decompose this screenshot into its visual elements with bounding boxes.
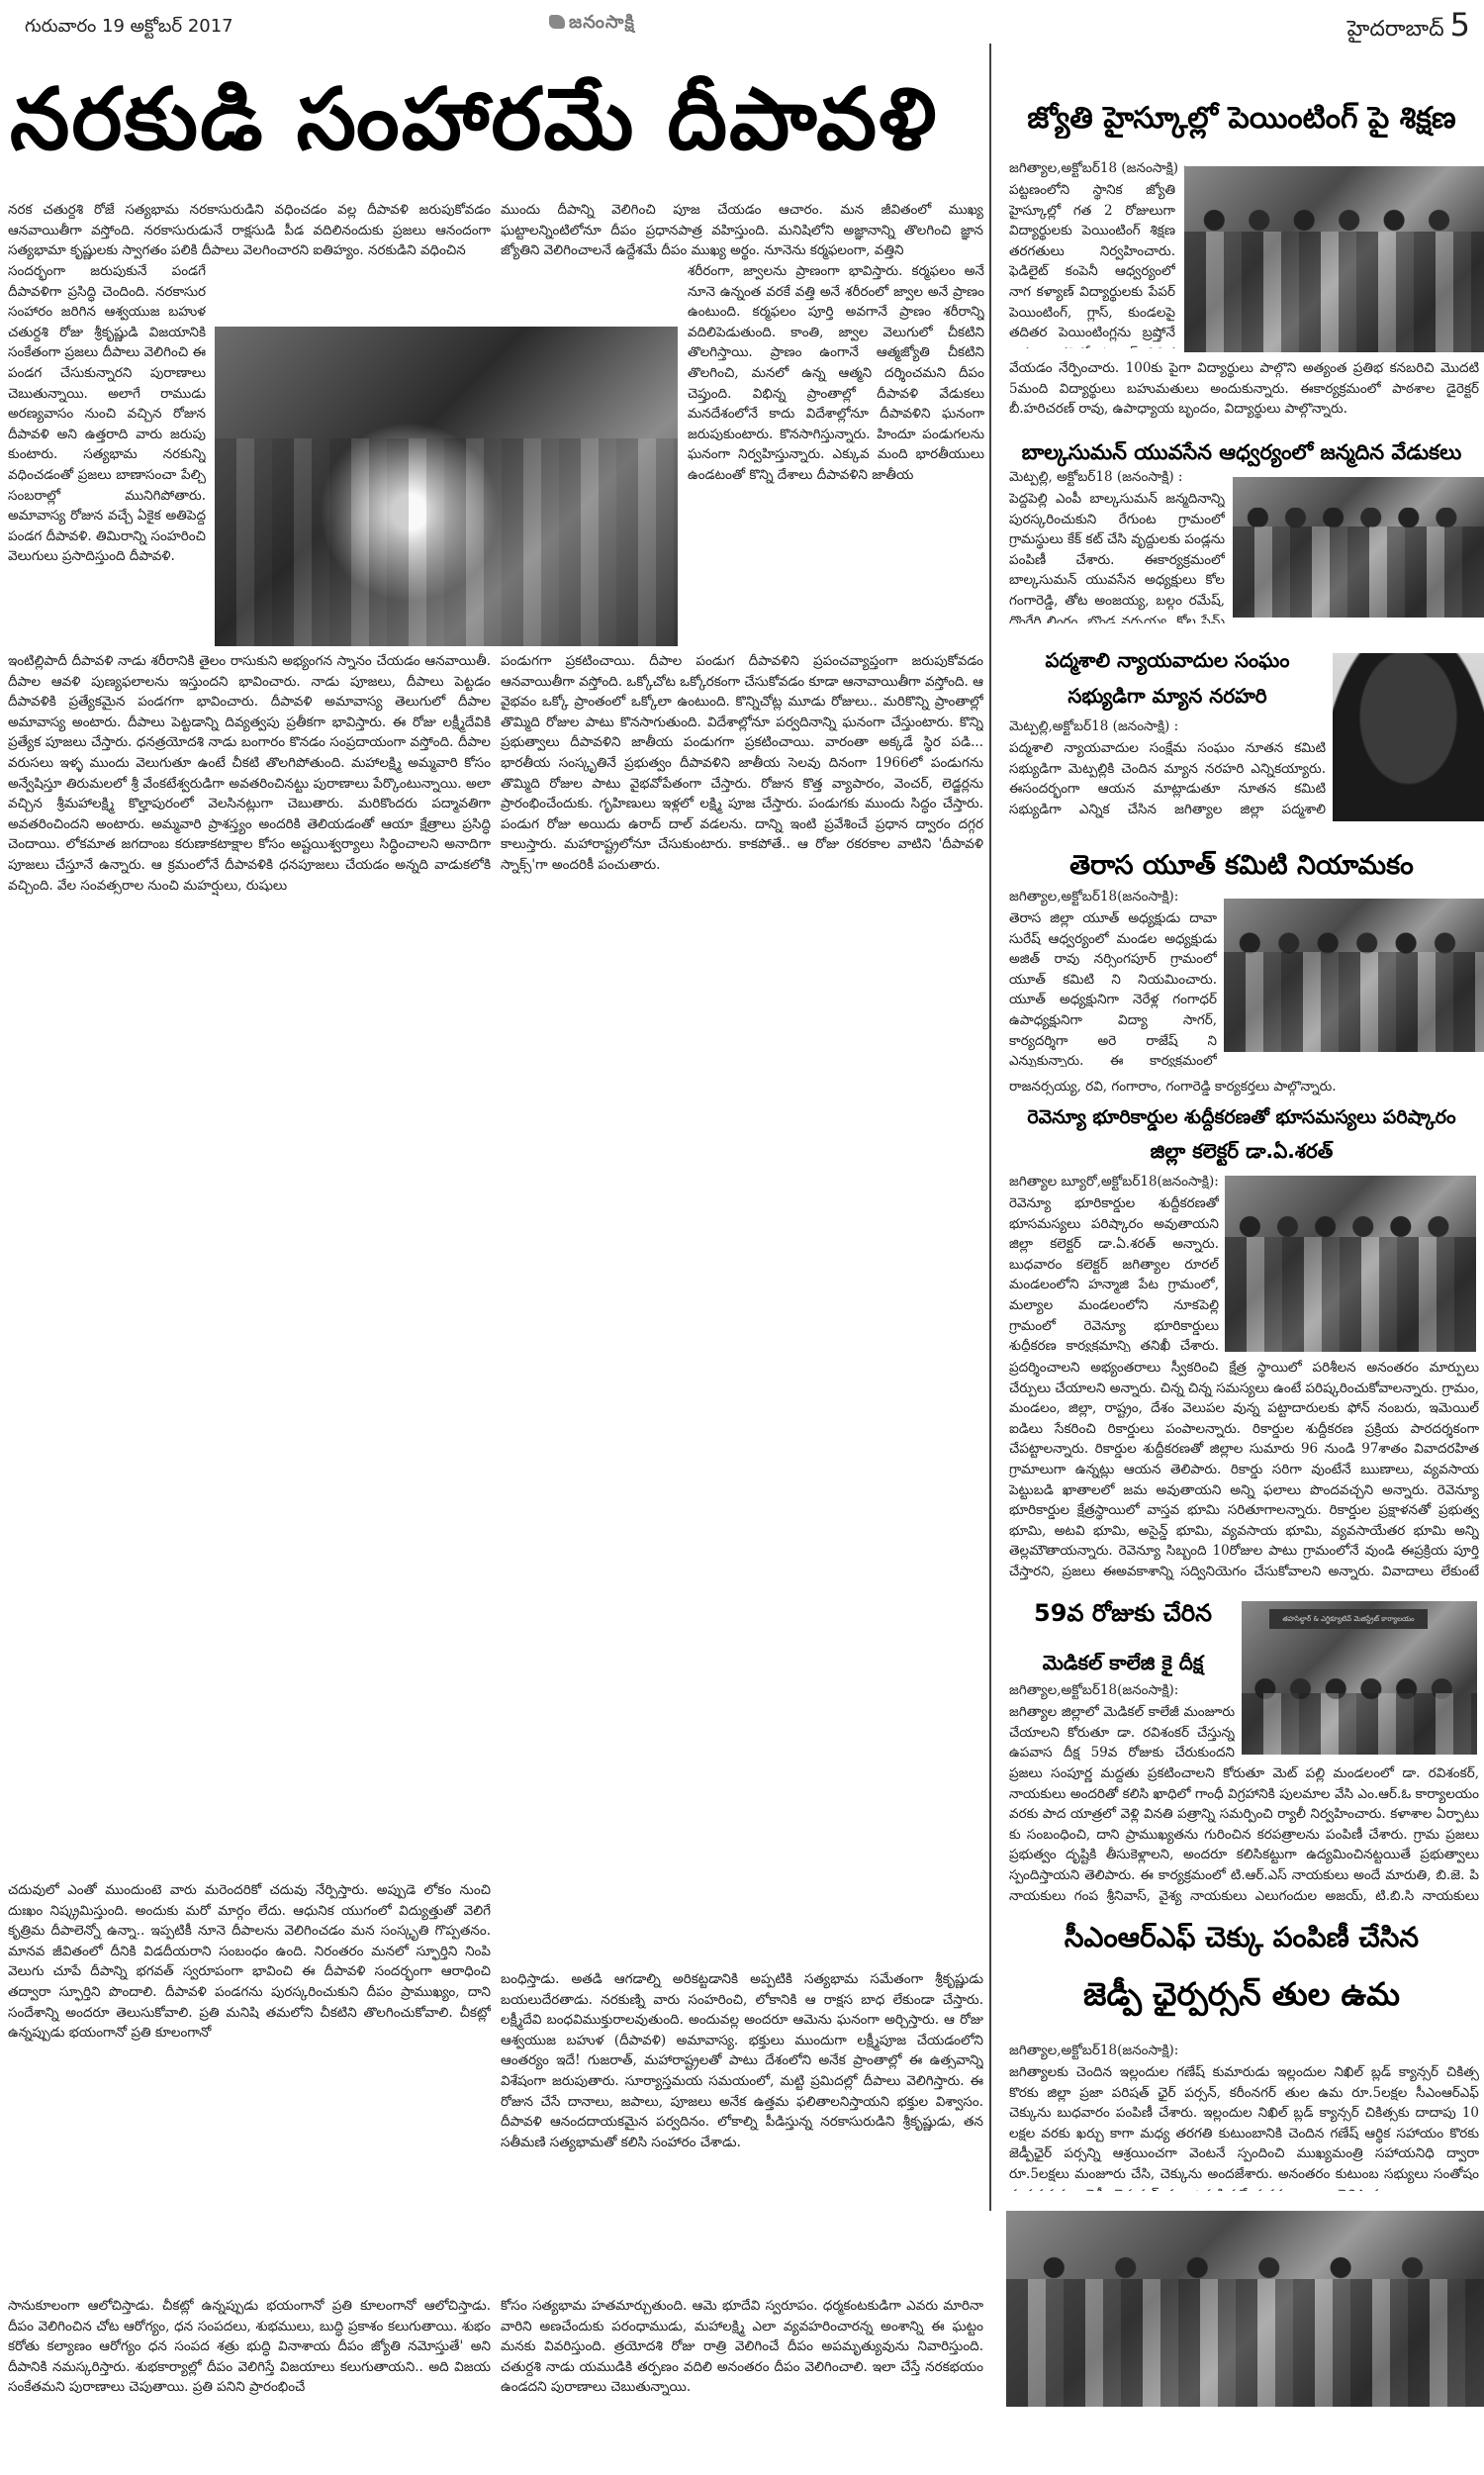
story-painting-body: పట్టణంలోని స్థానిక జ్యోతి హైస్కూల్లో గత … bbox=[1009, 180, 1175, 348]
story-youth-body-cont: రాజనర్సయ్య, రవి, గంగారాం, గంగారెడ్డి కార… bbox=[1009, 1077, 1479, 1098]
story-birthday-body: పెద్దపెల్లి ఎంపీ బాల్కసుమన్ జన్మదినాన్ని… bbox=[1009, 489, 1225, 623]
office-signboard: తహసిల్దార్ & ఎగ్జిక్యూటివ్ మెజిస్ట్రేట్ … bbox=[1269, 1609, 1428, 1629]
photo-texture bbox=[1242, 1693, 1477, 1755]
story-medical-body-cont: ప్రజలు సంపూర్ణ మద్దతు ప్రకటించాలని కోరుత… bbox=[1009, 1763, 1479, 1907]
story-medical-body: జగిత్యాల జిల్లాలో మెడికల్ కాలేజీ మంజూరు … bbox=[1009, 1702, 1235, 1763]
edition-label: హైదరాబాద్ bbox=[1347, 17, 1444, 42]
diwali-children-photo bbox=[215, 327, 678, 646]
story-youth-dateline: జగిత్యాల,అక్టోబర్18(జనంసాక్షి): bbox=[1009, 889, 1227, 907]
photo-texture bbox=[1224, 952, 1484, 1052]
story-birthday-dateline: మెట్పల్లి, అక్టోబర్18 (జనంసాక్షి) : bbox=[1009, 469, 1207, 488]
photo-texture bbox=[1233, 526, 1484, 618]
story-revenue-headline-2: జిల్లా కలెక్టర్ డా.ఏ.శరత్ bbox=[999, 1136, 1484, 1166]
story-revenue-body-cont: ప్రదర్శించాలని అభ్యంతరాలు స్వీకరించి క్ష… bbox=[1009, 1358, 1479, 1580]
lead-col1-body: ఇంటిల్లిపాదీ దీపావళి నాడు శరీరానికి తైలం… bbox=[8, 651, 491, 1641]
medical-protest-photo: తహసిల్దార్ & ఎగ్జిక్యూటివ్ మెజిస్ట్రేట్ … bbox=[1242, 1601, 1477, 1755]
story-painting-body-cont: వేయడం నేర్పించారు. 100కు పైగా విద్యార్థు… bbox=[1009, 358, 1479, 420]
story-revenue-headline-1: రెవెన్యూ భూరికార్డుల శుద్దీకరణతో భూసమస్య… bbox=[999, 1102, 1484, 1132]
photo-texture bbox=[1184, 232, 1484, 352]
story-cmrf-body: జగిత్యాలకు చెందిన ఇల్లందుల గణేష్ కుమారుడ… bbox=[1009, 2062, 1479, 2191]
collector-visit-photo bbox=[1225, 1176, 1476, 1352]
main-headline: నరకుడి సంహారమే దీపావళి bbox=[10, 65, 984, 174]
story-revenue-dateline: జగిత్యాల బ్యూరో,అక్టోబర్18(జనంసాక్షి): bbox=[1009, 1174, 1227, 1192]
page-edition: హైదరాబాద్5 bbox=[1347, 6, 1470, 47]
story-lawyer-headline-1: పద్మశాలి న్యాయవాదుల సంఘం bbox=[999, 643, 1336, 677]
lead-col2-body: పండుగగా ప్రకటించాయి. దీపాల పండుగ దీపావళి… bbox=[501, 651, 983, 1967]
lead-col2-top: ముందు దీపాన్ని వెలిగించి పూజ చేయడం ఆచారం… bbox=[501, 200, 983, 261]
story-painting-dateline: జగిత్యాల,అక్టోబర్18 (జనంసాక్షి) : bbox=[1009, 160, 1187, 179]
photo-texture bbox=[1225, 1214, 1476, 1239]
story-revenue-body: రెవెన్యూ భూరికార్డుల శుద్దీకరణతో భూసమస్య… bbox=[1009, 1193, 1219, 1352]
story-youth-body: తెరాస జిల్లా యూత్ అధ్యక్షుడు దావా సురేష్… bbox=[1009, 908, 1217, 1067]
lawyer-portrait-photo bbox=[1333, 653, 1484, 821]
story-youth-headline: తెరాస యూత్ కమిటి నియామకం bbox=[999, 846, 1484, 886]
photo-texture bbox=[1184, 207, 1484, 233]
photo-texture bbox=[1233, 508, 1484, 527]
lead-col2-lower: బంధిస్తాడు. అతడి ఆగడాల్ని అరికట్టడానికి … bbox=[501, 1969, 983, 2296]
lead-col2-end: కోసం సత్యభామ హతమార్చుతుంది. ఆమె భూదేవి స… bbox=[501, 2296, 983, 2420]
page-number: 5 bbox=[1450, 6, 1470, 44]
photo-texture bbox=[1006, 2279, 1484, 2407]
lead-col1-beside-photo: సందర్భంగా జరుపుకునే పండగే దీపావళిగా ప్రస… bbox=[8, 261, 206, 649]
masthead-name: జనంసాక్షి bbox=[569, 12, 635, 33]
story-medical-headline-1: 59వ రోజుకు చేరిన bbox=[1009, 1593, 1237, 1633]
photo-texture bbox=[1006, 2254, 1484, 2282]
photo-texture bbox=[1224, 932, 1484, 954]
lead-col1-end: సానుకూలంగా ఆలోచిస్తాడు. చీకట్లో ఉన్నప్పు… bbox=[8, 2296, 491, 2420]
lead-col2-beside-photo: శరీరంగా, జ్వాలను ప్రాణంగా భావిస్తారు. కర… bbox=[688, 261, 984, 647]
lead-intro-col1: నరక చతుర్దశి రోజే సత్యభామ నరకాసురుడిని వ… bbox=[8, 200, 491, 261]
story-lawyer-body: పద్మశాలి న్యాయవాదుల సంక్షేమ సంఘం నూతన కమ… bbox=[1009, 738, 1326, 819]
photo-texture bbox=[215, 438, 678, 646]
column-divider bbox=[989, 44, 991, 2211]
painting-class-photo bbox=[1184, 166, 1484, 352]
lead-col1-lower: చదువులో ఎంతో ముందుంటె వారు మరెందరికో చదు… bbox=[8, 1880, 491, 2296]
story-medical-headline-2: మెడికల్ కాలేజి కై దీక్ష bbox=[1009, 1643, 1237, 1682]
story-lawyer-headline-2: సభ్యుడిగా మ్యాన నరహరి bbox=[999, 679, 1336, 713]
issue-date: గురువారం 19 అక్టోబర్ 2017 bbox=[25, 16, 233, 41]
story-lawyer-dateline: మెట్పల్లి,అక్టోబర్18 (జనంసాక్షి) : bbox=[1009, 718, 1326, 737]
story-birthday-headline: బాల్కసుమన్ యువసేన ఆధ్వర్యంలో జన్మదిన వేడ… bbox=[999, 435, 1484, 469]
birthday-rally-photo bbox=[1233, 477, 1484, 618]
youth-committee-photo bbox=[1224, 899, 1484, 1052]
story-cmrf-headline-1: సీఎంఆర్ఎఫ్ చెక్కు పంపిణీ చేసిన bbox=[999, 1915, 1484, 1960]
story-cmrf-headline-2: జెడ్పీ ఛైర్పర్సన్ తుల ఉమ bbox=[999, 1969, 1484, 2019]
newspaper-logo-icon bbox=[549, 15, 565, 29]
story-cmrf-dateline: జగిత్యాల,అక్టోబర్18(జనంసాక్షి): bbox=[1009, 2043, 1227, 2061]
cmrf-cheque-photo bbox=[1006, 2211, 1484, 2407]
story-medical-dateline: జగిత్యాల,అక్టోబర్18(జనంసాక్షి): bbox=[1009, 1682, 1227, 1701]
photo-texture bbox=[1225, 1237, 1476, 1352]
masthead: జనంసాక్షి bbox=[549, 12, 635, 37]
story-painting-headline: జ్యోతి హైస్కూల్లో పెయింటింగ్ పై శిక్షణ bbox=[999, 99, 1484, 139]
